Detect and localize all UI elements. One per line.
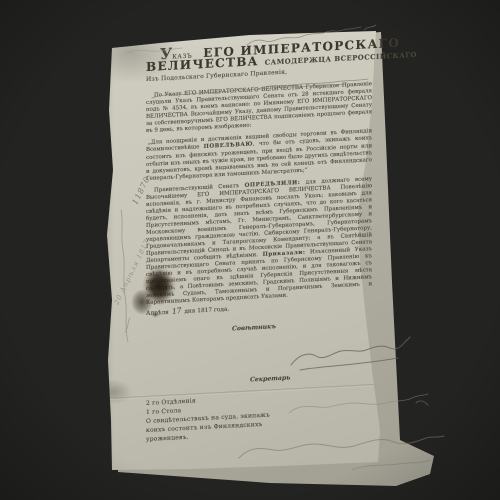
paragraph-preamble: По Указу ЕГО ИМПЕРАТОРСКАГО ВЕЛИЧЕСТВА Г…: [146, 81, 372, 135]
paragraph-imperial-quote: „Для поощренія и достиженія вящшей свобо…: [146, 129, 372, 183]
secretary-label: Секретарь: [250, 370, 372, 383]
photo-of-historical-ukaz-document: УказъЕГО ИМПЕРАТОРСКАГО ВЕЛИЧЕСТВАСАМОДЕ…: [0, 0, 500, 500]
date-year: дня 1817 года.: [184, 306, 229, 314]
printed-text-block: УказъЕГО ИМПЕРАТОРСКАГО ВЕЛИЧЕСТВАСАМОДЕ…: [146, 40, 372, 443]
councillor-label: Совѣтникъ: [232, 318, 372, 332]
paragraph-senate-resolution: Правительствующій Сенатъ ОПРЕДѢЛИЛИ: для…: [146, 176, 372, 308]
handwritten-day: 17: [171, 306, 181, 314]
paragraph-text: По Указу ЕГО ИМПЕРАТОРСКАГО ВЕЛИЧЕСТВА Г…: [146, 81, 372, 134]
